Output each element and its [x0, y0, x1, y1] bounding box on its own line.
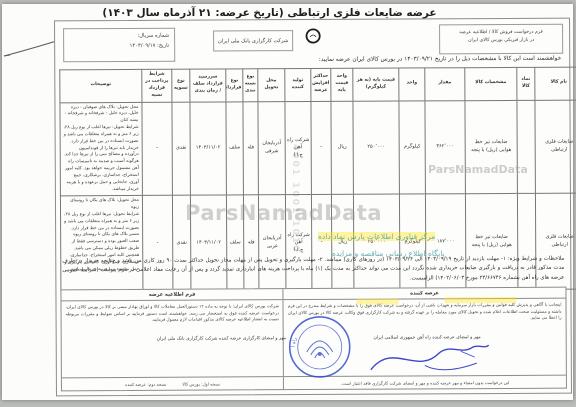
table-cell: -: [311, 101, 331, 195]
column-header: نوع بسته بندی: [243, 69, 258, 102]
paper-sheet: عرضه ضایعات فلزی ارتباطی (تاریخ عرضه: ۲۱…: [2, 4, 573, 400]
table-row: ۱ضایعات فلزی ارتباطیضایعات تیر خط هوایی …: [60, 100, 576, 197]
table-cell: نقدی: [172, 102, 190, 196]
column-header: قیمت پایه (به هر کیلوگرم): [353, 68, 399, 101]
table-cell: ۱۴۰۳/۱۱/۰۲: [190, 102, 226, 196]
copies-cell: نسخه اول: بورس کالا نسخه دوم: عرضه کننده: [62, 381, 283, 387]
column-header: حداکثر افزایش عرضه: [311, 68, 331, 101]
supplier-signature-icon: [365, 335, 493, 380]
copy-2-label: نسخه دوم: عرضه کننده: [125, 381, 166, 386]
table-cell: ۲۵۰٬۰۰۰: [353, 101, 399, 195]
table-cell: ضایعات فلزی ارتباطی: [535, 100, 576, 194]
table-cell: ضایعات تیر خط هوایی (ریل) با پنجه: [465, 100, 517, 194]
scanned-document-page: عرضه ضایعات فلزی ارتباطی (تاریخ عرضه: ۲۱…: [0, 0, 576, 407]
highlight-mark: [356, 299, 398, 305]
table-cell: [517, 100, 535, 194]
column-header: تولید کننده: [285, 69, 311, 102]
svg-text:راه آهن جمهوری اسلامی ایران: راه آهن جمهوری اسلامی ایران: [287, 314, 299, 349]
table-cell: آذربایجان شرقی: [258, 101, 285, 195]
exchange-logo-icon: [305, 28, 321, 44]
broker-declaration-text: شرکت بورس کالای ایران؛ با توجه به ماده ۱…: [61, 300, 282, 327]
stamp-text: راه آهن جمهوری اسلامی ایران: [287, 314, 299, 349]
broker-column-header: فرم اطلاعیه عرضه: [61, 289, 282, 300]
serial-label: شماره سریال:: [69, 32, 169, 42]
column-header: شرایط پرداخت در قرارداد نسیه: [142, 69, 172, 102]
table-cell: سلف: [226, 101, 243, 195]
column-header: واحد: [399, 68, 425, 101]
table-cell: -: [142, 102, 172, 196]
table-cell: ریال: [331, 101, 353, 195]
request-line: خواهشمند است این کالا با مشخصات ذیل را د…: [63, 56, 561, 65]
copy-1-label: نسخه اول: بورس کالا: [182, 381, 220, 386]
supplier-column-header: عرضه کننده: [283, 288, 566, 299]
column-header: نوع تسویه: [172, 69, 190, 102]
railway-company-stamp-icon: راه آهن جمهوری اسلامی ایران: [287, 314, 353, 380]
form-type-line2: در بازار فیزیکی بورس کالای ایران: [440, 37, 562, 46]
column-header: محل تحویل: [258, 69, 285, 102]
column-header: مشخصات کالا: [465, 67, 517, 100]
table-header-row: ردیفنام کالانماد کالامشخصات کالامقدارواح…: [60, 67, 576, 102]
column-header: مقدار: [425, 68, 465, 101]
highlight-mark: [444, 297, 516, 303]
column-header: سررسید قرارداد سلف / زمان بندی: [190, 69, 226, 102]
column-header: واحد قیمت پایه: [331, 68, 353, 101]
column-header: نام کالا: [535, 67, 576, 100]
table-cell: ۳۶۲٬۰۰۰: [425, 100, 465, 194]
table-cell: فله: [243, 101, 258, 195]
column-header: توضیحات: [60, 69, 142, 102]
table-cell: شرکت راه آهن ج.ا.ا: [285, 101, 311, 195]
notes-cell: محل تحویل: بلاک های صوفیان - دیزه خلیل، …: [60, 102, 142, 196]
column-header: نماد کالا: [517, 67, 535, 100]
handwritten-title: عرضه ضایعات فلزی ارتباطی (تاریخ عرضه: ۲۱…: [97, 7, 442, 19]
broker-name-box: شرکت کارگزاری بانک ملی ایران: [213, 30, 293, 51]
broker-sign-caption: مهر و امضای کارگزاری عرضه کننده شرکت کار…: [157, 336, 286, 342]
form-type-box: فرم درخواست فروش کالا / اطلاعیه عرضه در …: [439, 24, 563, 55]
special-conditions-remarks: ملاحظات و شرایط ویژه: ۱- مهلت بازدید از …: [62, 255, 564, 286]
column-header: نوع قرارداد: [226, 69, 243, 102]
table-cell: کیلوگرم: [399, 100, 425, 194]
form-date: تاریخ: ۱۴۰۳/۰۹/۱۷: [69, 42, 169, 52]
offer-request-form: فرم درخواست فروش کالا / اطلاعیه عرضه در …: [54, 18, 572, 397]
